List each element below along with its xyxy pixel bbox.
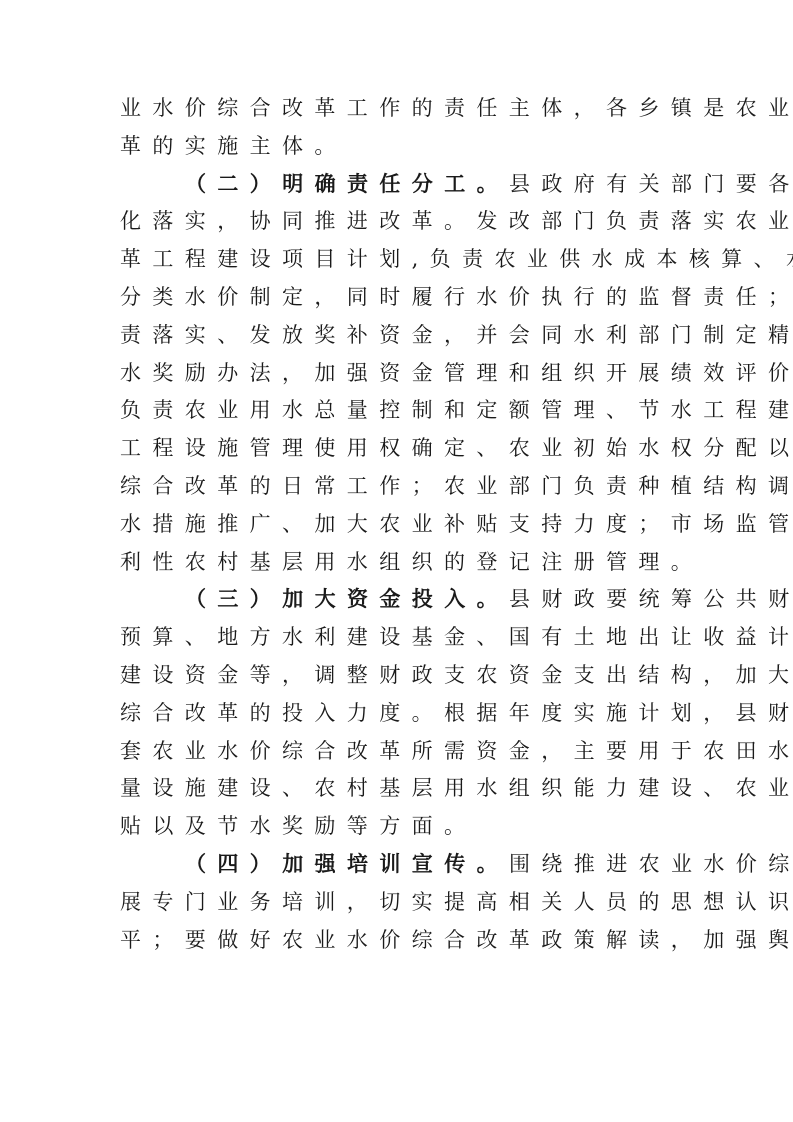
document-page: 业水价综合改革工作的责任主体，各乡镇是农业水价综合改 革的实施主体。 （二）明确… xyxy=(120,90,676,959)
text-line: 责落实、发放奖补资金，并会同水利部门制定精准补贴和节 xyxy=(120,317,676,355)
section-heading: （二）明确责任分工。 xyxy=(185,172,509,196)
paragraph-funding-investment: （三）加大资金投入。县财政要统筹公共财政一般公共 预算、地方水利建设基金、国有土… xyxy=(120,581,676,846)
text-line: 革的实施主体。 xyxy=(120,128,676,166)
text-line: 预算、地方水利建设基金、国有土地出让收益计提农田水利 xyxy=(120,619,676,657)
text-line: 建设资金等，调整财政支农资金支出结构，加大对农业水价 xyxy=(120,657,676,695)
text-line: 综合改革的日常工作；农业部门负责种植结构调整、农业节 xyxy=(120,468,676,506)
text-line: 套农业水价综合改革所需资金，主要用于农田水利工程与计 xyxy=(120,733,676,771)
text-run: 围绕推进农业水价综合改革，开 xyxy=(509,852,793,876)
text-line: 水措施推广、加大农业补贴支持力度；市场监管部门负责营 xyxy=(120,506,676,544)
paragraph-continued: 业水价综合改革工作的责任主体，各乡镇是农业水价综合改 革的实施主体。 xyxy=(120,90,676,166)
paragraph-training-publicity: （四）加强培训宣传。围绕推进农业水价综合改革，开 展专门业务培训，切实提高相关人… xyxy=(120,846,676,959)
text-line: 化落实，协同推进改革。发改部门负责落实农业水价综合改 xyxy=(120,203,676,241)
paragraph-first-line: （三）加大资金投入。县财政要统筹公共财政一般公共 xyxy=(120,581,676,619)
text-line: 分类水价制定，同时履行水价执行的监督责任；财政部门负 xyxy=(120,279,676,317)
text-run: 县政府有关部门要各负其责，细 xyxy=(509,172,793,196)
section-heading: （四）加强培训宣传。 xyxy=(185,852,509,876)
paragraph-first-line: （二）明确责任分工。县政府有关部门要各负其责，细 xyxy=(120,166,676,204)
text-line: 量设施建设、农村基层用水组织能力建设、农业用水精准补 xyxy=(120,770,676,808)
text-line: 水奖励办法，加强资金管理和组织开展绩效评价；水利部门 xyxy=(120,355,676,393)
text-run: 县财政要统筹公共财政一般公共 xyxy=(509,587,793,611)
paragraph-first-line: （四）加强培训宣传。围绕推进农业水价综合改革，开 xyxy=(120,846,676,884)
text-line: 业水价综合改革工作的责任主体，各乡镇是农业水价综合改 xyxy=(120,90,676,128)
text-line: 负责农业用水总量控制和定额管理、节水工程建设和管理、 xyxy=(120,392,676,430)
text-line: 革工程建设项目计划,负责农业供水成本核算、水价核定和 xyxy=(120,241,676,279)
text-line: 工程设施管理使用权确定、农业初始水权分配以及农业水价 xyxy=(120,430,676,468)
text-line: 贴以及节水奖励等方面。 xyxy=(120,808,676,846)
paragraph-responsibility-division: （二）明确责任分工。县政府有关部门要各负其责，细 化落实，协同推进改革。发改部门… xyxy=(120,166,676,582)
section-heading: （三）加大资金投入。 xyxy=(185,587,509,611)
text-line: 综合改革的投入力度。根据年度实施计划，县财政要足额配 xyxy=(120,695,676,733)
text-line: 展专门业务培训，切实提高相关人员的思想认识和业务水 xyxy=(120,884,676,922)
text-line: 平；要做好农业水价综合改革政策解读，加强舆论引导，强 xyxy=(120,922,676,960)
text-line: 利性农村基层用水组织的登记注册管理。 xyxy=(120,544,676,582)
